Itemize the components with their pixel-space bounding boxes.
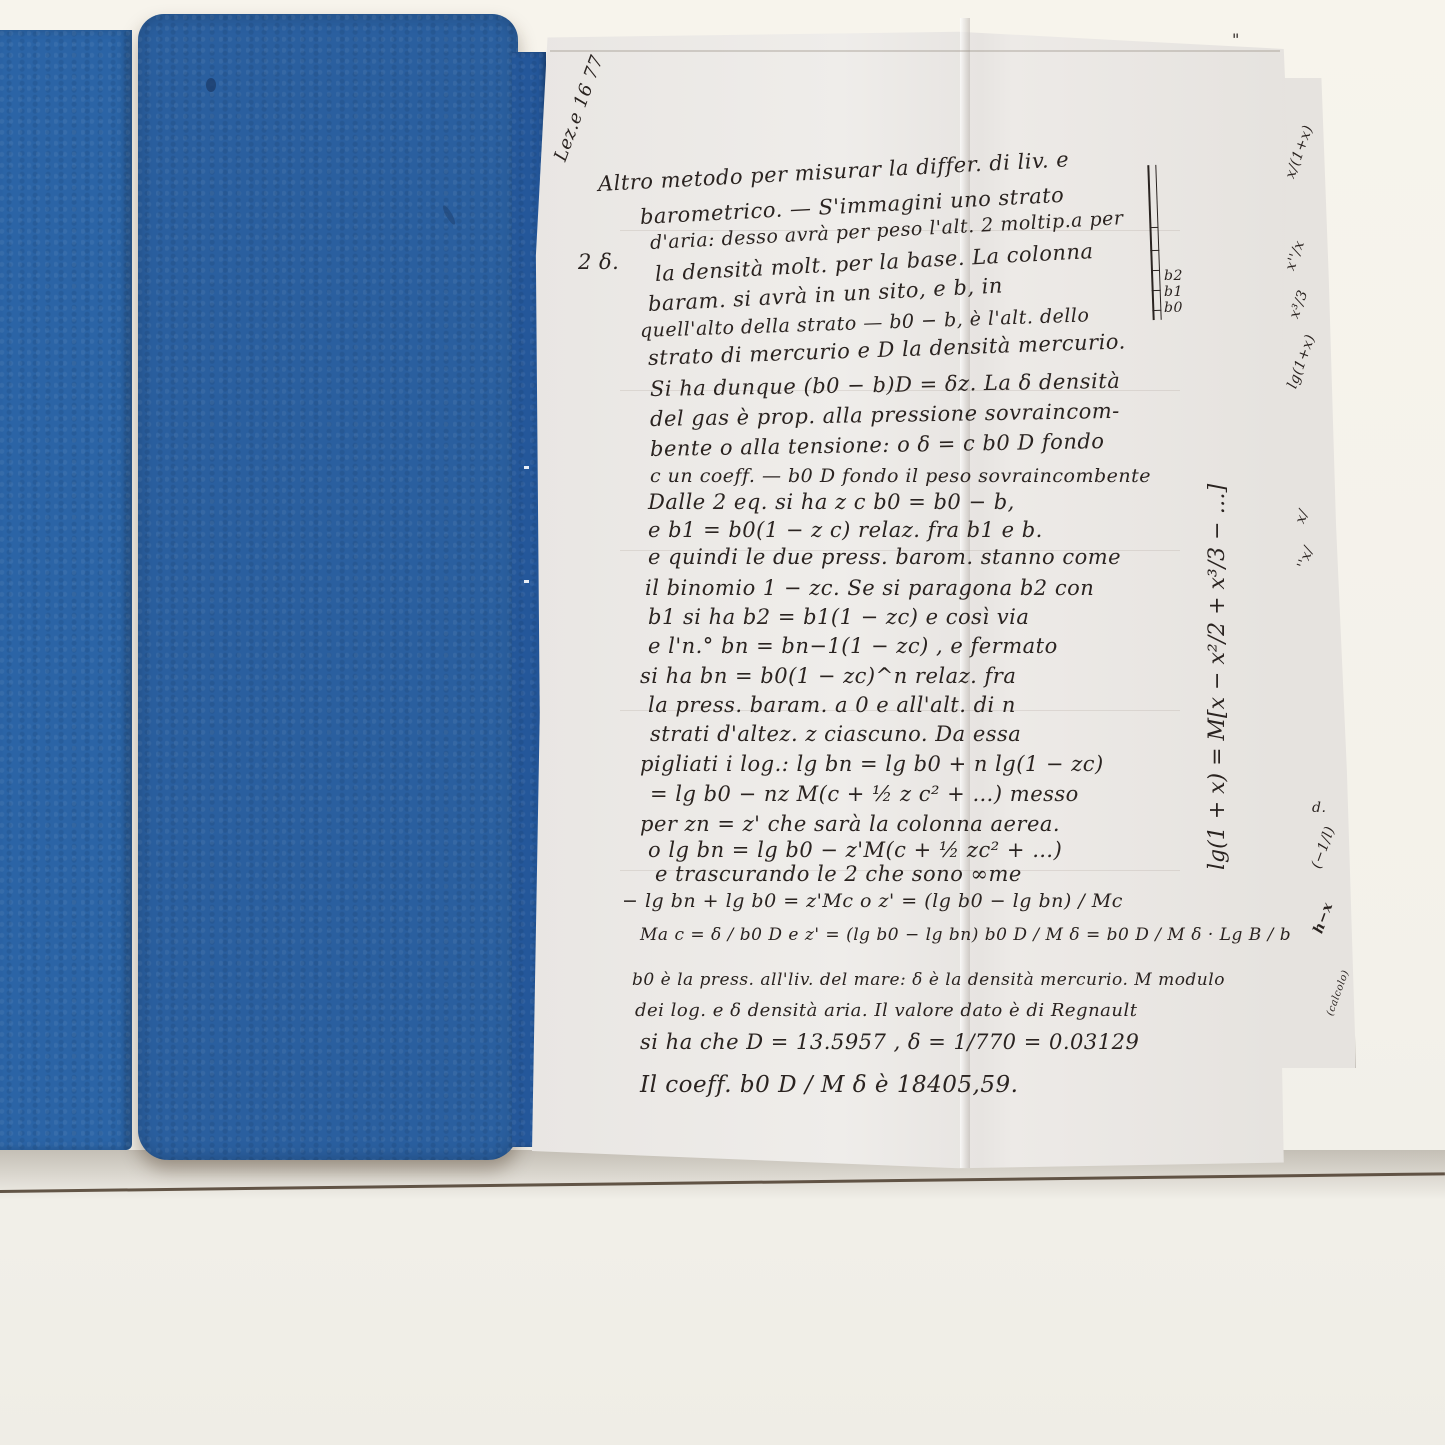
text-line: si ha che D = 13.5957 , δ = 1/770 = 0.03… — [640, 1030, 1139, 1054]
binding-stitch — [524, 466, 529, 469]
blue-cover-panel — [138, 14, 518, 1160]
text-line: per zn = z' che sarà la colonna aerea. — [640, 812, 1060, 836]
diagram-label: b0 — [1164, 300, 1183, 316]
text-line: − lg bn + lg b0 = z'Mc o z' = (lg b0 − l… — [622, 890, 1123, 912]
text-line: dei log. e δ densità aria. Il valore dat… — [635, 1000, 1137, 1021]
corner-mark: " — [1232, 30, 1240, 49]
text-line: pigliati i log.: lg bn = lg b0 + n lg(1 … — [640, 752, 1104, 776]
text-line: e b1 = b0(1 − z c) relaz. fra b1 e b. — [648, 518, 1043, 542]
text-line: Dalle 2 eq. si ha z c b0 = b0 − b, — [648, 490, 1015, 514]
binding-stitch — [524, 580, 529, 583]
text-line: b0 è la press. all'liv. del mare: δ è la… — [632, 970, 1225, 990]
text-line: Il coeff. b0 D / M δ è 18405,59. — [640, 1072, 1018, 1098]
text-line: strati d'altez. z ciascuno. Da essa — [650, 722, 1021, 746]
diagram-label: b1 — [1164, 284, 1183, 300]
text-line: = lg b0 − nz M(c + ½ z c² + …) messo — [650, 782, 1079, 806]
strip-note: d. — [1312, 800, 1326, 816]
ink-stain — [206, 78, 216, 92]
text-line: b1 si ha b2 = b1(1 − zc) e così via — [648, 605, 1029, 629]
margin-note: 2 δ. — [578, 250, 619, 274]
text-line: e quindi le due press. barom. stanno com… — [648, 545, 1121, 569]
text-line: il binomio 1 − zc. Se si paragona b2 con — [645, 576, 1094, 600]
text-line: o lg bn = lg b0 − z'M(c + ½ zc² + …) — [648, 838, 1062, 862]
text-line: la press. baram. a 0 e all'alt. di n — [648, 693, 1016, 717]
diagram-label: b2 — [1164, 268, 1183, 284]
text-line: c un coeff. — b0 D fondo il peso sovrain… — [650, 465, 1151, 487]
paper-crease — [550, 50, 1280, 52]
text-line: si ha bn = b0(1 − zc)^n relaz. fra — [640, 664, 1016, 688]
text-line: e l'n.° bn = bn−1(1 − zc) , e fermato — [648, 634, 1058, 658]
text-line: Ma c = δ / b0 D e z' = (lg b0 − lg bn) b… — [640, 925, 1291, 945]
blue-cover-left-flap — [0, 30, 132, 1150]
vertical-log-series-formula: lg(1 + x) = M[x − x²/2 + x³/3 − …] — [1205, 484, 1230, 870]
text-line: e trascurando le 2 che sono ∞me — [655, 862, 1022, 886]
